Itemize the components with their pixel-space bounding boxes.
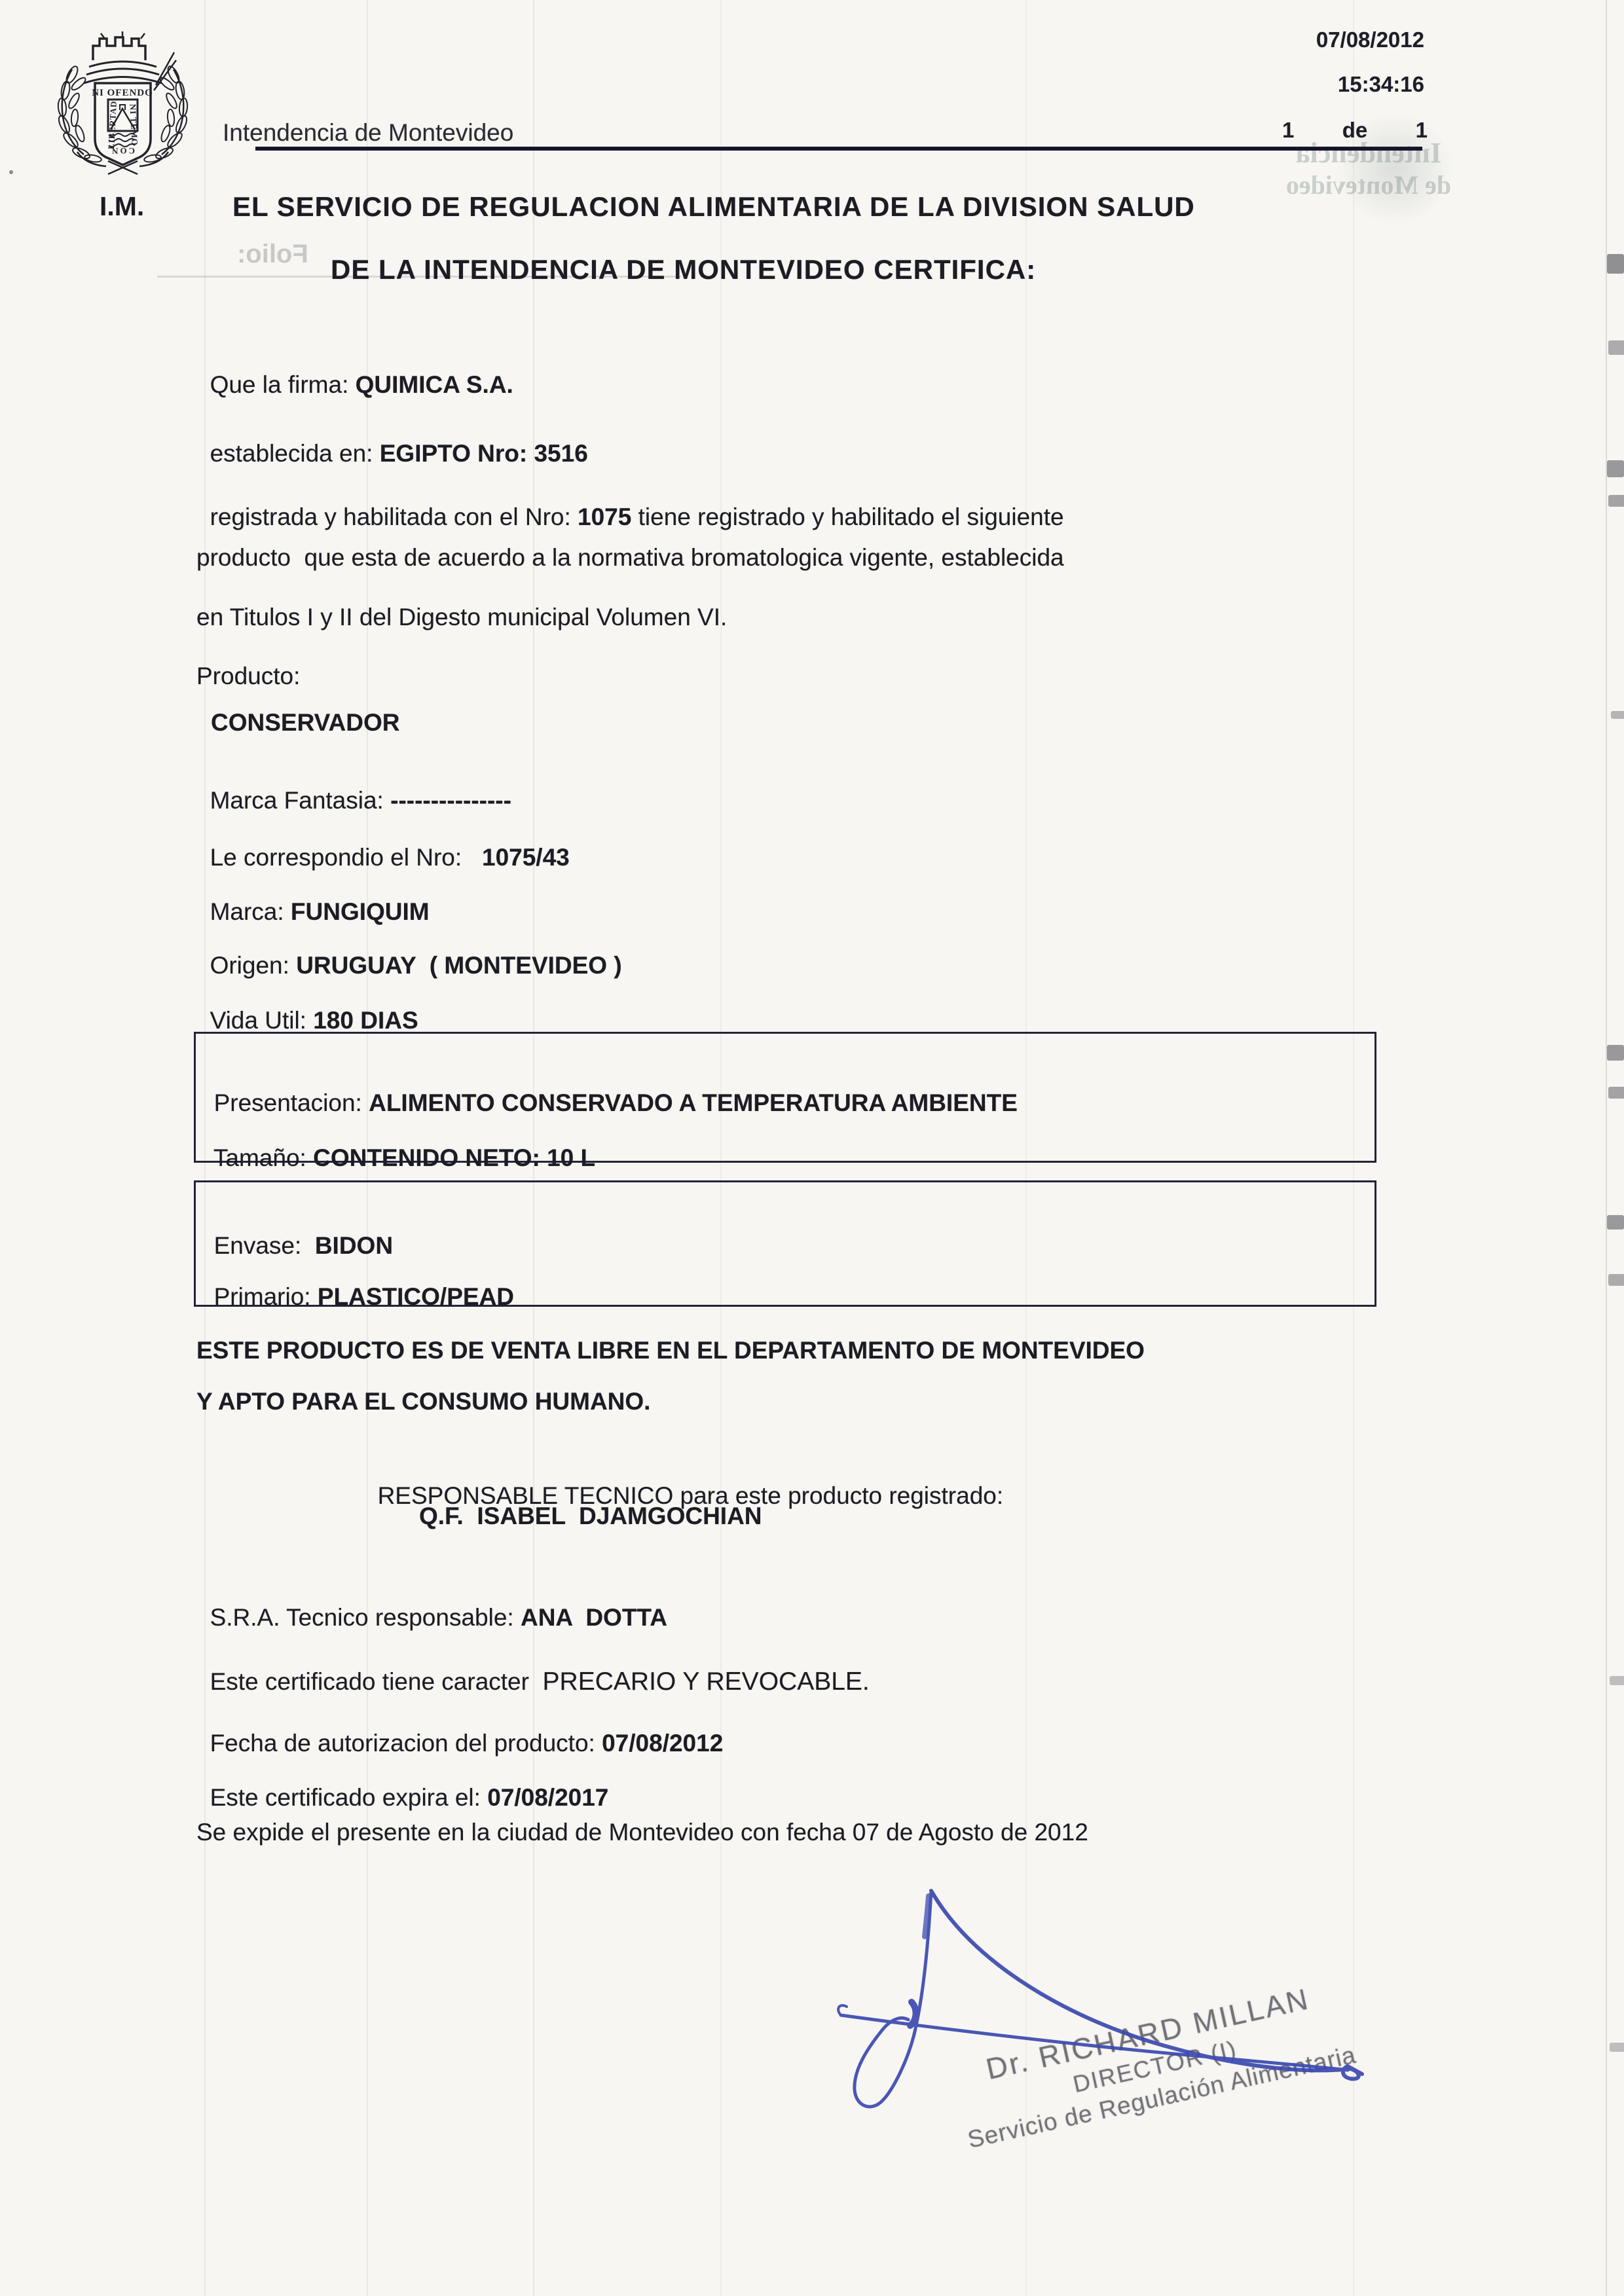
- tamano-value: CONTENIDO NETO: 10 L: [313, 1144, 595, 1171]
- header-rule: [255, 147, 1422, 151]
- edge-smudge: [1607, 460, 1624, 477]
- marca-fantasia-label: Marca Fantasia:: [210, 787, 391, 814]
- tamano-label: Tamaño:: [213, 1144, 313, 1171]
- scan-edge-line: [1606, 0, 1607, 2296]
- venta-libre-line2: Y APTO PARA EL CONSUMO HUMANO.: [196, 1388, 650, 1415]
- sra-value: ANA DOTTA: [521, 1604, 667, 1631]
- expira-value: 07/08/2017: [487, 1784, 608, 1811]
- origen-value: URUGUAY ( MONTEVIDEO ): [296, 952, 622, 979]
- tamano-line: Tamaño: CONTENIDO NETO: 10 L: [200, 1117, 595, 1172]
- fecha-autorizacion-label: Fecha de autorizacion del producto:: [210, 1730, 602, 1757]
- envase-line: Envase: BIDON: [200, 1205, 393, 1260]
- firma-line: Que la firma: QUIMICA S.A.: [196, 344, 513, 399]
- marca-fantasia-value: ---------------: [390, 787, 511, 814]
- edge-smudge: [1607, 1045, 1624, 1061]
- coat-of-arms-icon: NI OFENDO LIBERTAD NI TEMO CON: [46, 26, 200, 177]
- edge-smudge: [1608, 340, 1624, 355]
- venta-libre-line1: ESTE PRODUCTO ES DE VENTA LIBRE EN EL DE…: [196, 1337, 1145, 1364]
- primario-line: Primario: PLASTICO/PEAD: [200, 1256, 514, 1311]
- edge-smudge: [1611, 711, 1624, 719]
- logo-motto-bottom: CON: [110, 146, 135, 156]
- producto-label: Producto:: [196, 663, 300, 690]
- registrada-prefix: registrada y habilitada con el Nro:: [210, 503, 578, 530]
- print-date: 07/08/2012: [1244, 27, 1424, 52]
- edge-smudge: [1607, 1215, 1624, 1230]
- presentacion-value: ALIMENTO CONSERVADO A TEMPERATURA AMBIEN…: [369, 1089, 1018, 1116]
- expide-line: Se expide el presente en la ciudad de Mo…: [196, 1819, 1088, 1846]
- registrada-suffix: tiene registrado y habilitado el siguien…: [631, 503, 1063, 530]
- registrada-line: registrada y habilitada con el Nro: 1075…: [196, 476, 1064, 531]
- correspondio-line: Le correspondio el Nro: 1075/43: [196, 816, 570, 871]
- page-current: 1: [1282, 118, 1294, 143]
- vida-util-value: 180 DIAS: [313, 1007, 418, 1034]
- scanned-certificate-page: { "colors": { "paper": "#f7f6f2", "ink":…: [0, 0, 1624, 2296]
- signature-ink: [819, 1859, 1408, 2174]
- bleedthrough-folio: Folio:: [237, 240, 308, 269]
- firma-value: QUIMICA S.A.: [356, 371, 513, 398]
- establecida-value: EGIPTO Nro: 3516: [380, 440, 588, 467]
- envase-label: Envase:: [214, 1232, 315, 1259]
- presentacion-label: Presentacion:: [214, 1089, 369, 1116]
- origen-label: Origen:: [210, 952, 297, 979]
- sra-line: S.R.A. Tecnico responsable: ANA DOTTA: [196, 1576, 667, 1631]
- marca-label: Marca:: [210, 898, 291, 925]
- presentacion-line: Presentacion: ALIMENTO CONSERVADO A TEMP…: [200, 1062, 1018, 1117]
- edge-smudge: [1607, 254, 1624, 274]
- edge-smudge: [1610, 1676, 1624, 1685]
- edge-smudge: [1608, 495, 1624, 507]
- vida-util-line: Vida Util: 180 DIAS: [196, 979, 418, 1034]
- vida-util-label: Vida Util:: [210, 1007, 314, 1034]
- responsable-nombre: Q.F. ISABEL DJAMGOCHIAN: [419, 1503, 762, 1530]
- expira-label: Este certificado expira el:: [210, 1784, 488, 1811]
- envase-value: BIDON: [315, 1232, 393, 1259]
- parrafo2-line: producto que esta de acuerdo a la normat…: [196, 544, 1064, 572]
- page-separator: de: [1342, 118, 1368, 143]
- signature-icon: [819, 1859, 1408, 2174]
- expira-line: Este certificado expira el: 07/08/2017: [196, 1757, 608, 1812]
- org-name: Intendencia de Montevideo: [223, 119, 513, 147]
- caracter-value: PRECARIO Y REVOCABLE.: [543, 1667, 870, 1696]
- edge-smudge: [1610, 2043, 1624, 2052]
- marca-value: FUNGIQUIM: [291, 898, 430, 925]
- edge-smudge: [1608, 1087, 1624, 1099]
- edge-smudge: [1608, 1274, 1624, 1286]
- primario-label: Primario:: [214, 1283, 318, 1310]
- firma-label: Que la firma:: [210, 371, 356, 398]
- caracter-label: Este certificado tiene caracter: [210, 1668, 543, 1695]
- bleedthrough-line2: de Montevideo: [1257, 170, 1480, 200]
- marca-line: Marca: FUNGIQUIM: [196, 871, 430, 926]
- producto-value: CONSERVADOR: [211, 709, 400, 737]
- bleedthrough-letterhead: Intendencia de Montevideo: [1257, 136, 1480, 200]
- page-indicator: 1 de 1: [1282, 118, 1428, 143]
- correspondio-value: 1075/43: [482, 844, 570, 871]
- caracter-line: Este certificado tiene caracter PRECARIO…: [196, 1640, 870, 1696]
- fecha-autorizacion-line: Fecha de autorizacion del producto: 07/0…: [196, 1702, 723, 1757]
- certificate-title-line1: EL SERVICIO DE REGULACION ALIMENTARIA DE…: [232, 191, 1195, 223]
- scan-dot: [9, 170, 13, 174]
- logo-motto-top: NI OFENDO: [92, 88, 153, 98]
- responsable-line: RESPONSABLE TECNICO para este producto r…: [364, 1455, 1003, 1510]
- primario-value: PLASTICO/PEAD: [318, 1283, 514, 1310]
- print-time: 15:34:16: [1244, 72, 1424, 97]
- certificate-title-line2: DE LA INTENDENCIA DE MONTEVIDEO CERTIFIC…: [331, 254, 1036, 285]
- fecha-autorizacion-value: 07/08/2012: [602, 1730, 723, 1757]
- page-total: 1: [1416, 118, 1428, 143]
- parrafo3-line: en Titulos I y II del Digesto municipal …: [196, 604, 727, 631]
- origen-line: Origen: URUGUAY ( MONTEVIDEO ): [196, 924, 622, 979]
- marca-fantasia-line: Marca Fantasia: ---------------: [196, 759, 511, 814]
- montevideo-coat-of-arms-logo: NI OFENDO LIBERTAD NI TEMO CON: [46, 26, 200, 177]
- im-label: I.M.: [100, 191, 144, 222]
- establecida-label: establecida en:: [210, 440, 380, 467]
- establecida-line: establecida en: EGIPTO Nro: 3516: [196, 412, 588, 467]
- sra-label: S.R.A. Tecnico responsable:: [210, 1604, 521, 1631]
- correspondio-label: Le correspondio el Nro:: [210, 844, 482, 871]
- registrada-nro: 1075: [578, 503, 631, 530]
